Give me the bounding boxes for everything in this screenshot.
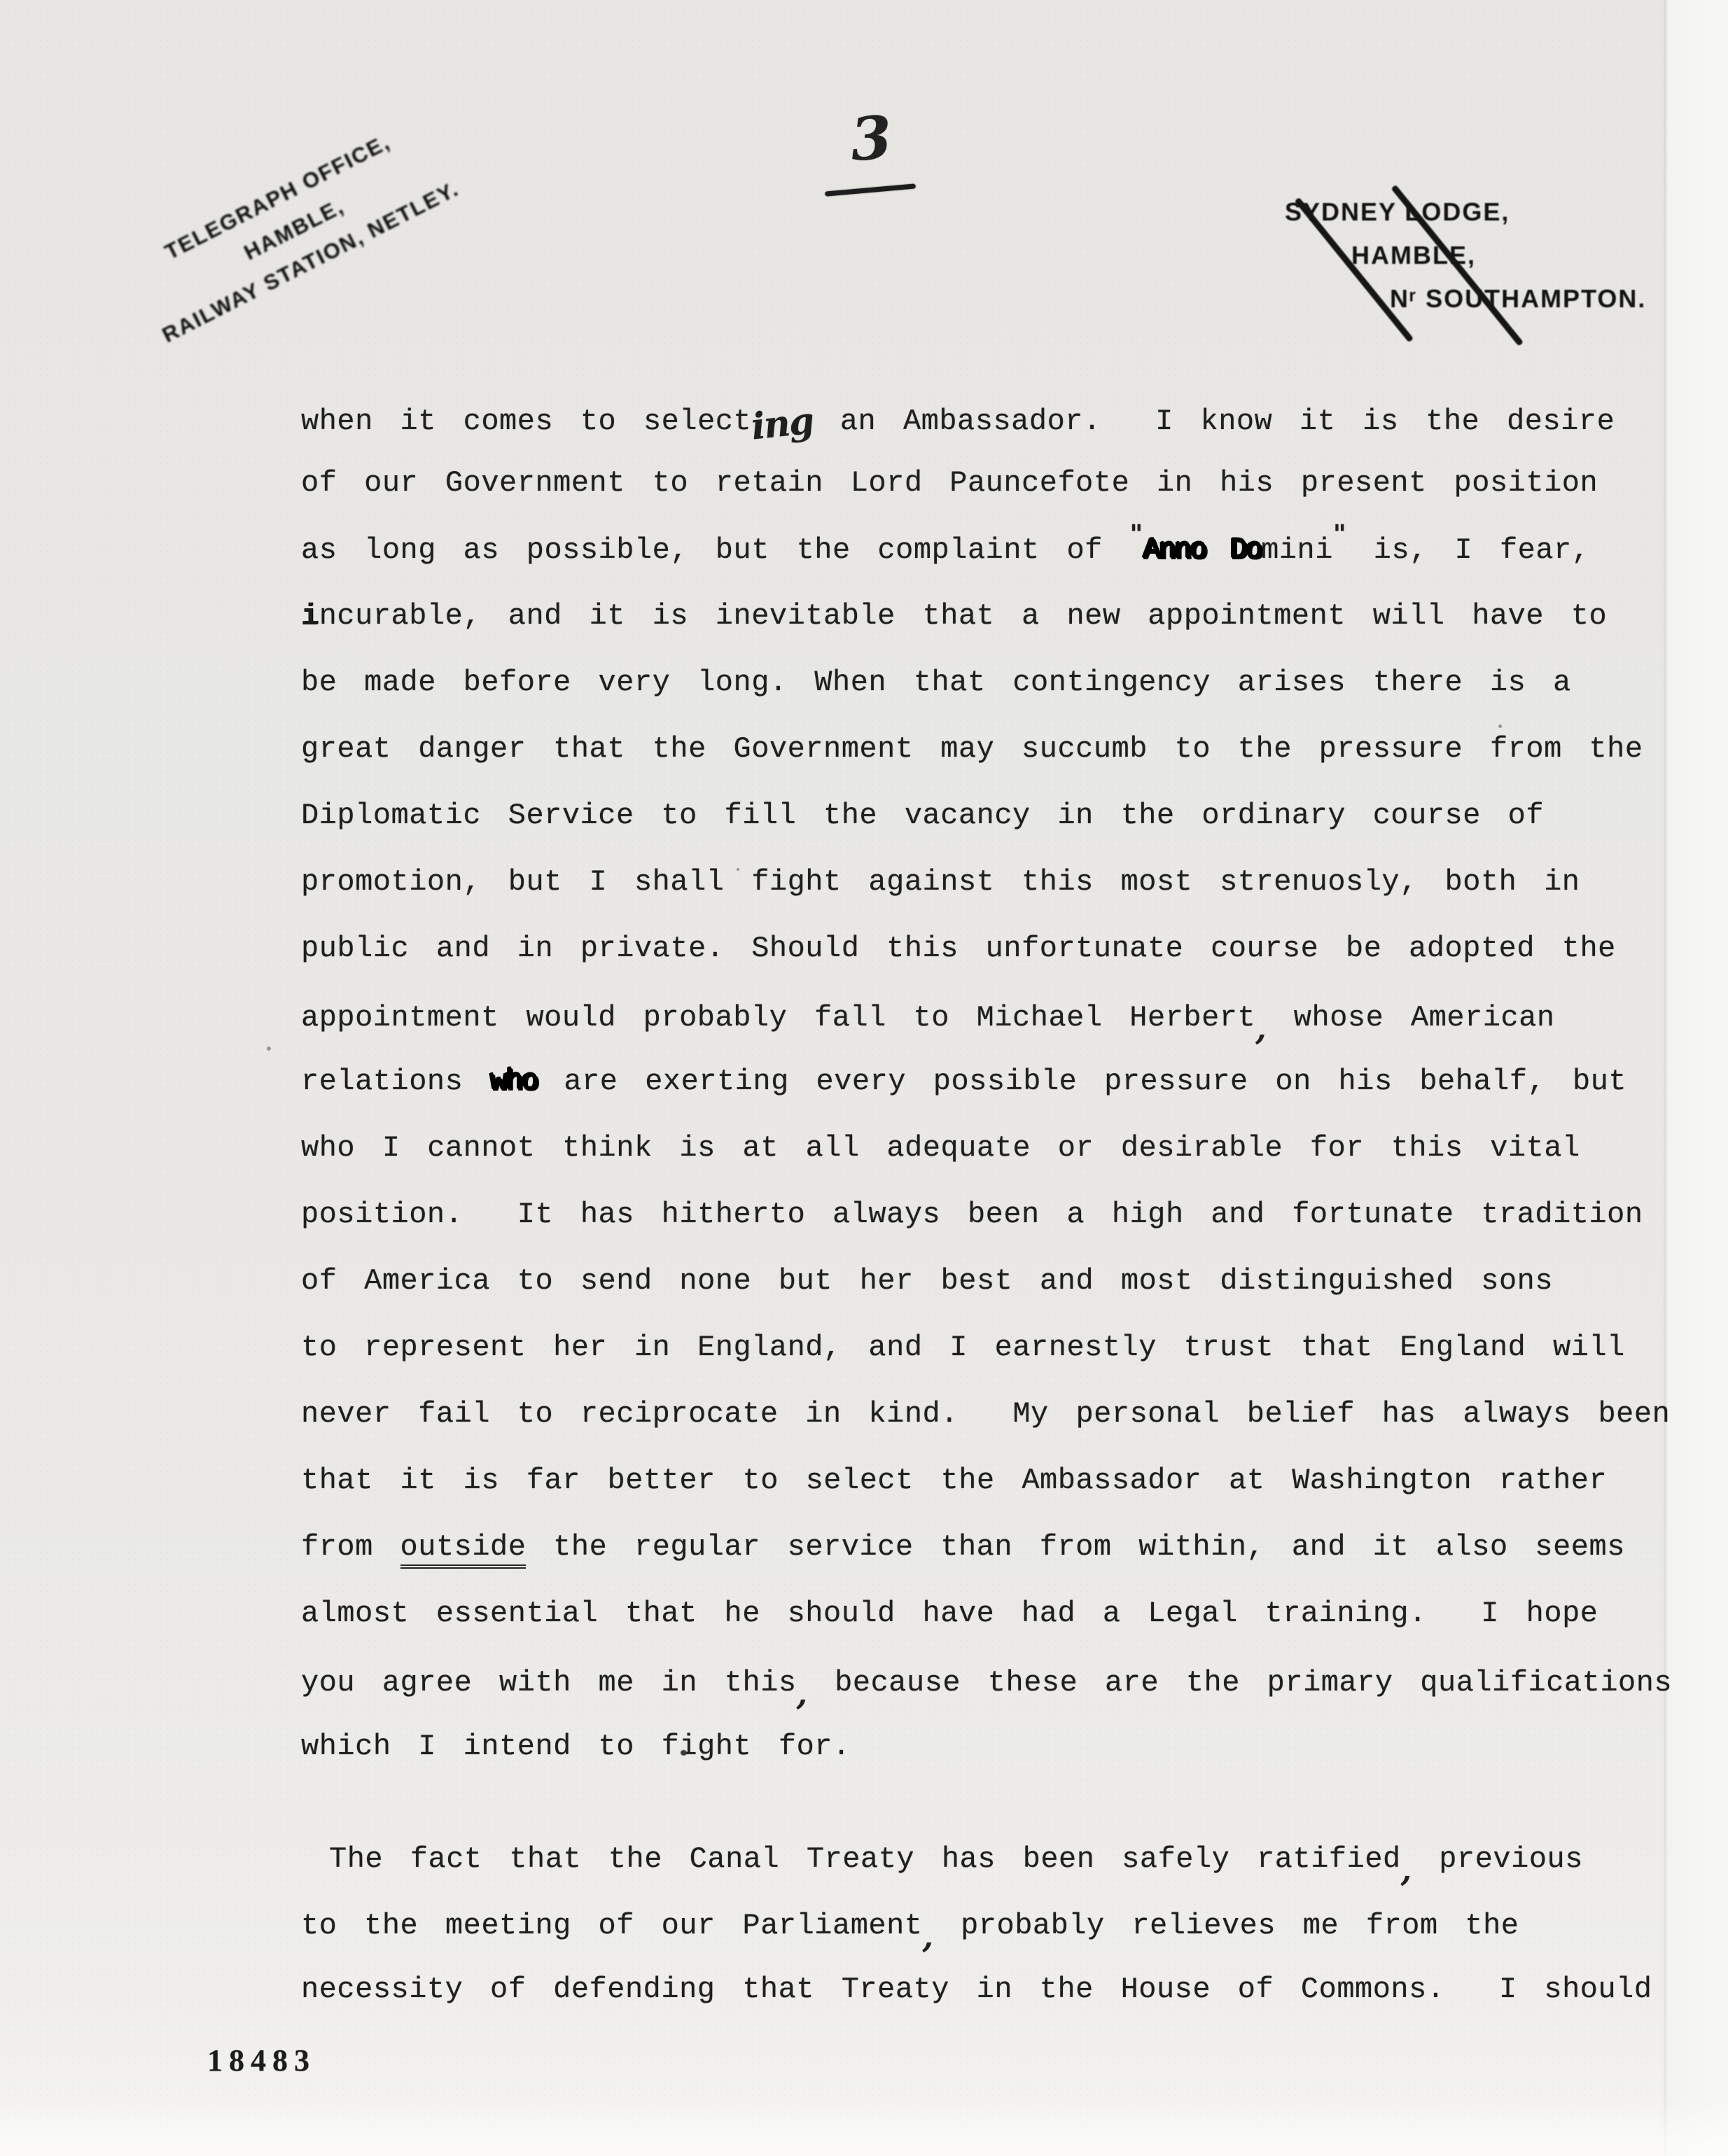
- typed-text: to represent her in England, and I earne…: [301, 1331, 1625, 1364]
- text-line: as long as possible, but the complaint o…: [301, 517, 1638, 583]
- typed-text: mini: [1261, 533, 1333, 567]
- typed-text: which I intend to fight for.: [301, 1730, 851, 1763]
- handwritten-comma: ,: [1401, 1853, 1412, 1889]
- typed-text: ncurable, and it is inevitable that a ne…: [319, 599, 1607, 633]
- document-number: 18483: [207, 2043, 316, 2078]
- text-line: promotion, but I shall fight against thi…: [301, 849, 1638, 916]
- text-line: The fact that the Canal Treaty has been …: [301, 1823, 1638, 1890]
- handwritten-comma: ,: [797, 1676, 808, 1712]
- text-line: you agree with me in this, because these…: [301, 1647, 1638, 1714]
- typed-text: are exerting every possible pressure on …: [537, 1065, 1626, 1098]
- typed-text: is, I fear,: [1346, 533, 1589, 567]
- typed-text: when it comes to select: [301, 405, 751, 438]
- text-line: great danger that the Government may suc…: [301, 716, 1638, 783]
- underlined-word: outside: [400, 1530, 527, 1569]
- typed-text: as long as possible, but the complaint o…: [301, 533, 1130, 567]
- text-line: position. It has hitherto always been a …: [301, 1182, 1638, 1248]
- letter-body: when it comes to selecting an Ambassador…: [301, 384, 1638, 2023]
- struck-out-word: who: [490, 1065, 537, 1098]
- page-number: 3: [849, 102, 894, 174]
- text-line: be made before very long. When that cont…: [301, 650, 1638, 716]
- text-line: that it is far better to select the Amba…: [301, 1448, 1638, 1514]
- typed-text: of America to send none but her best and…: [301, 1264, 1553, 1298]
- typed-text: appointment would probably fall to Micha…: [301, 1001, 1255, 1035]
- typed-text: be made before very long. When that cont…: [301, 666, 1571, 699]
- text-line: relations who are exerting every possibl…: [301, 1049, 1638, 1115]
- telegraph-stamp-line: HAMBLE,: [99, 118, 489, 342]
- paper-speck: [1498, 724, 1502, 728]
- typed-text: an Ambassador. I know it is the desire: [813, 405, 1615, 438]
- text-line: from outside the regular service than fr…: [301, 1514, 1638, 1581]
- ink-dot: [681, 1750, 687, 1756]
- typed-text: to the meeting of our Parliament: [301, 1909, 923, 1942]
- handwritten-quote: ": [1130, 519, 1143, 549]
- typed-text: great danger that the Government may suc…: [301, 732, 1643, 766]
- typed-text: whose American: [1267, 1001, 1555, 1035]
- typed-text: promotion, but I shall fight against thi…: [301, 865, 1580, 899]
- paper-speck: [267, 1046, 271, 1051]
- typed-text: of our Government to retain Lord Pauncef…: [301, 466, 1598, 500]
- text-line: necessity of defending that Treaty in th…: [301, 1956, 1638, 2023]
- text-line: to the meeting of our Parliament, probab…: [301, 1890, 1638, 1956]
- letterhead-line: SYDNEY LODGE,: [1285, 190, 1646, 234]
- typed-text: from: [301, 1530, 400, 1564]
- text-line: almost essential that he should have had…: [301, 1581, 1638, 1647]
- typed-text: public and in private. Should this unfor…: [301, 932, 1616, 965]
- paragraph: The fact that the Canal Treaty has been …: [301, 1823, 1638, 2023]
- text-line: which I intend to fight for.: [301, 1714, 1638, 1780]
- handwritten-comma: ,: [923, 1919, 934, 1955]
- letterhead-line: Nʳ SOUTHAMPTON.: [1390, 277, 1646, 321]
- handwritten-insert: ing: [748, 388, 816, 461]
- paragraph: when it comes to selecting an Ambassador…: [301, 384, 1638, 1780]
- page-number-underline: [825, 183, 916, 196]
- handwritten-comma: ,: [1255, 1011, 1267, 1047]
- text-line: of our Government to retain Lord Pauncef…: [301, 450, 1638, 517]
- text-line: public and in private. Should this unfor…: [301, 916, 1638, 982]
- overstruck-letter: i: [301, 599, 319, 633]
- text-line: of America to send none but her best and…: [301, 1248, 1638, 1315]
- text-line: never fail to reciprocate in kind. My pe…: [301, 1381, 1638, 1448]
- typed-text: Diplomatic Service to fill the vacancy i…: [301, 799, 1544, 832]
- typed-text: because these are the primary qualificat…: [807, 1666, 1672, 1700]
- typed-text: never fail to reciprocate in kind. My pe…: [301, 1397, 1670, 1431]
- typed-text: that it is far better to select the Amba…: [301, 1464, 1607, 1497]
- typed-text: position. It has hitherto always been a …: [301, 1198, 1643, 1231]
- typed-text: you agree with me in this: [301, 1666, 797, 1700]
- handwritten-quote: ": [1333, 519, 1346, 549]
- typed-text: who I cannot think is at all adequate or…: [301, 1131, 1580, 1165]
- text-line: incurable, and it is inevitable that a n…: [301, 583, 1638, 650]
- typed-text: previous: [1412, 1842, 1583, 1876]
- typed-text: probably relieves me from the: [933, 1909, 1519, 1942]
- document-page: 3 TELEGRAPH OFFICE, HAMBLE, RAILWAY STAT…: [0, 0, 1728, 2156]
- page-bottom-edge: [0, 2097, 1728, 2156]
- text-line: Diplomatic Service to fill the vacancy i…: [301, 783, 1638, 849]
- text-line: to represent her in England, and I earne…: [301, 1315, 1638, 1381]
- text-line: when it comes to selecting an Ambassador…: [301, 384, 1638, 450]
- typed-text: The fact that the Canal Treaty has been …: [329, 1842, 1401, 1876]
- paper-speck: [737, 868, 739, 871]
- letterhead-line: HAMBLE,: [1351, 234, 1646, 277]
- typed-text: relations: [301, 1065, 490, 1098]
- struck-out-word: Anno Do: [1143, 533, 1261, 567]
- typed-text: almost essential that he should have had…: [301, 1597, 1598, 1630]
- typed-text: the regular service than from within, an…: [526, 1530, 1624, 1564]
- typed-text: necessity of defending that Treaty in th…: [301, 1973, 1652, 2006]
- text-line: who I cannot think is at all adequate or…: [301, 1115, 1638, 1182]
- telegraph-stamp: TELEGRAPH OFFICE, HAMBLE, RAILWAY STATIO…: [82, 85, 506, 373]
- page-edge: [1664, 0, 1728, 2156]
- text-line: appointment would probably fall to Micha…: [301, 982, 1638, 1049]
